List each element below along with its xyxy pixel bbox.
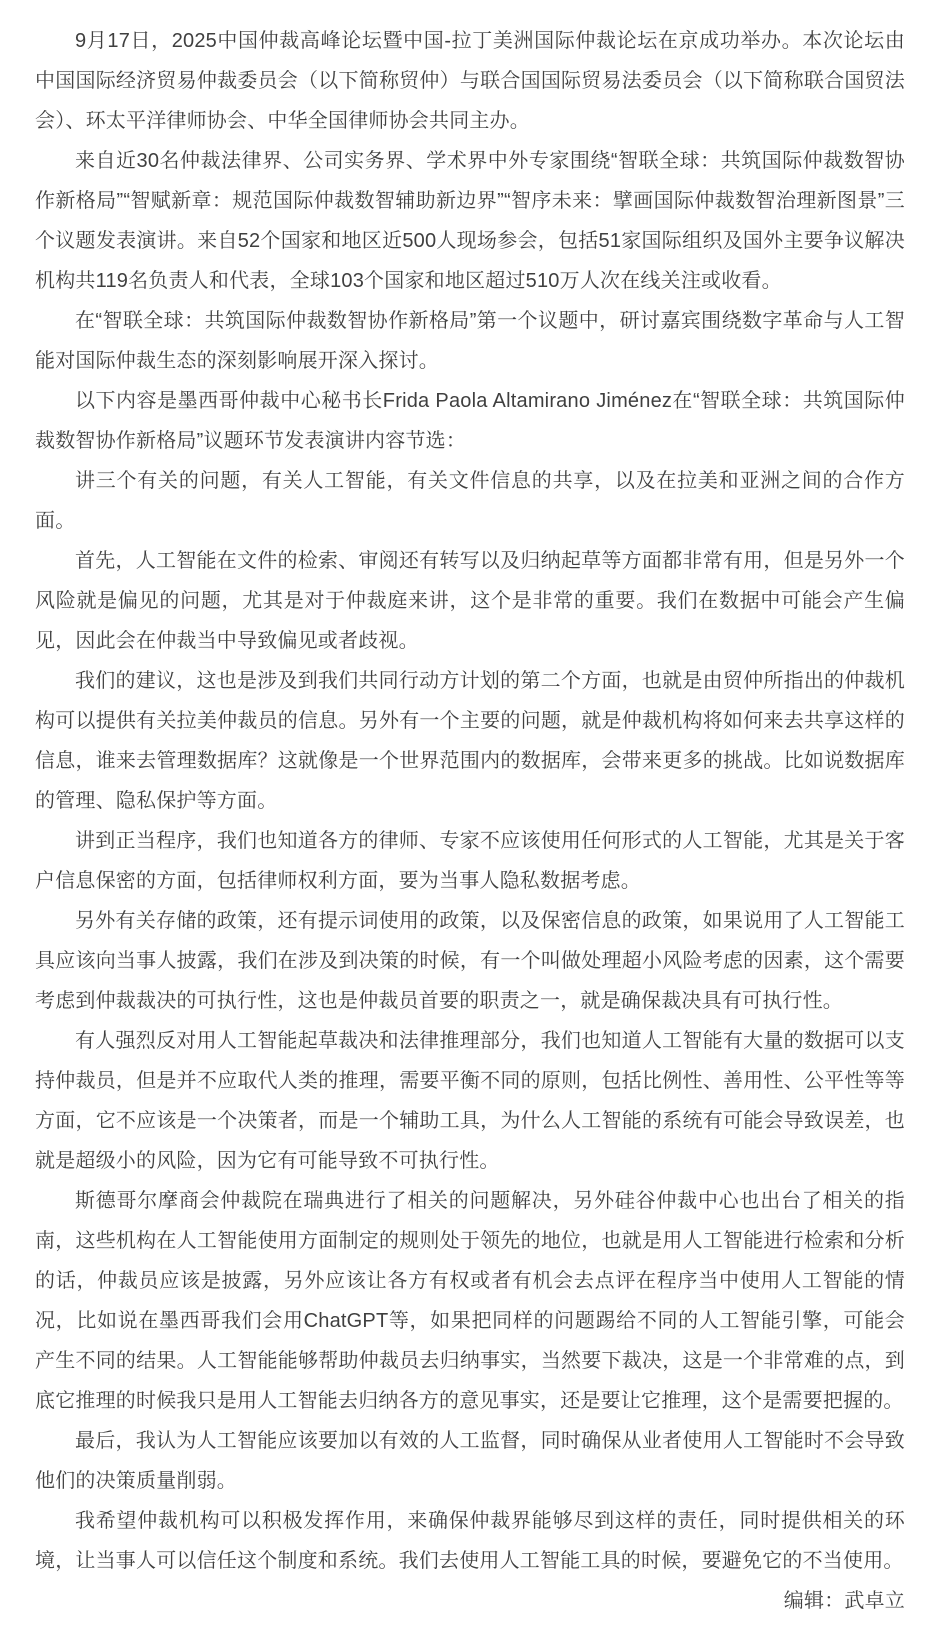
article-paragraph-due-process: 讲到正当程序，我们也知道各方的律师、专家不应该使用任何形式的人工智能，尤其是关于…: [35, 821, 905, 901]
article-paragraph-institutions: 斯德哥尔摩商会仲裁院在瑞典进行了相关的问题解决，另外硅谷仲裁中心也出台了相关的指…: [35, 1181, 905, 1421]
article-paragraph-closing: 我希望仲裁机构可以积极发挥作用，来确保仲裁界能够尽到这样的责任，同时提供相关的环…: [35, 1501, 905, 1581]
article-paragraph-objections: 有人强烈反对用人工智能起草裁决和法律推理部分，我们也知道人工智能有大量的数据可以…: [35, 1021, 905, 1181]
article-body: 9月17日，2025中国仲裁高峰论坛暨中国-拉丁美洲国际仲裁论坛在京成功举办。本…: [0, 0, 939, 1631]
article-paragraph-session: 在“智联全球：共筑国际仲裁数智协作新格局”第一个议题中，研讨嘉宾围绕数字革命与人…: [35, 301, 905, 381]
article-paragraph-overview: 讲三个有关的问题，有关人工智能，有关文件信息的共享，以及在拉美和亚洲之间的合作方…: [35, 461, 905, 541]
article-paragraph-policies: 另外有关存储的政策，还有提示词使用的政策，以及保密信息的政策，如果说用了人工智能…: [35, 901, 905, 1021]
editor-credit: 编辑：武卓立: [35, 1581, 905, 1621]
article-paragraph-speaker: 以下内容是墨西哥仲裁中心秘书长Frida Paola Altamirano Ji…: [35, 381, 905, 461]
article-paragraph-oversight: 最后，我认为人工智能应该要加以有效的人工监督，同时确保从业者使用人工智能时不会导…: [35, 1421, 905, 1501]
article-paragraph-ai-bias: 首先，人工智能在文件的检索、审阅还有转写以及归纳起草等方面都非常有用，但是另外一…: [35, 541, 905, 661]
article-paragraph-database: 我们的建议，这也是涉及到我们共同行动方计划的第二个方面，也就是由贸仲所指出的仲裁…: [35, 661, 905, 821]
article-paragraph-intro: 9月17日，2025中国仲裁高峰论坛暨中国-拉丁美洲国际仲裁论坛在京成功举办。本…: [35, 21, 905, 141]
article-paragraph-topics: 来自近30名仲裁法律界、公司实务界、学术界中外专家围绕“智联全球：共筑国际仲裁数…: [35, 141, 905, 301]
